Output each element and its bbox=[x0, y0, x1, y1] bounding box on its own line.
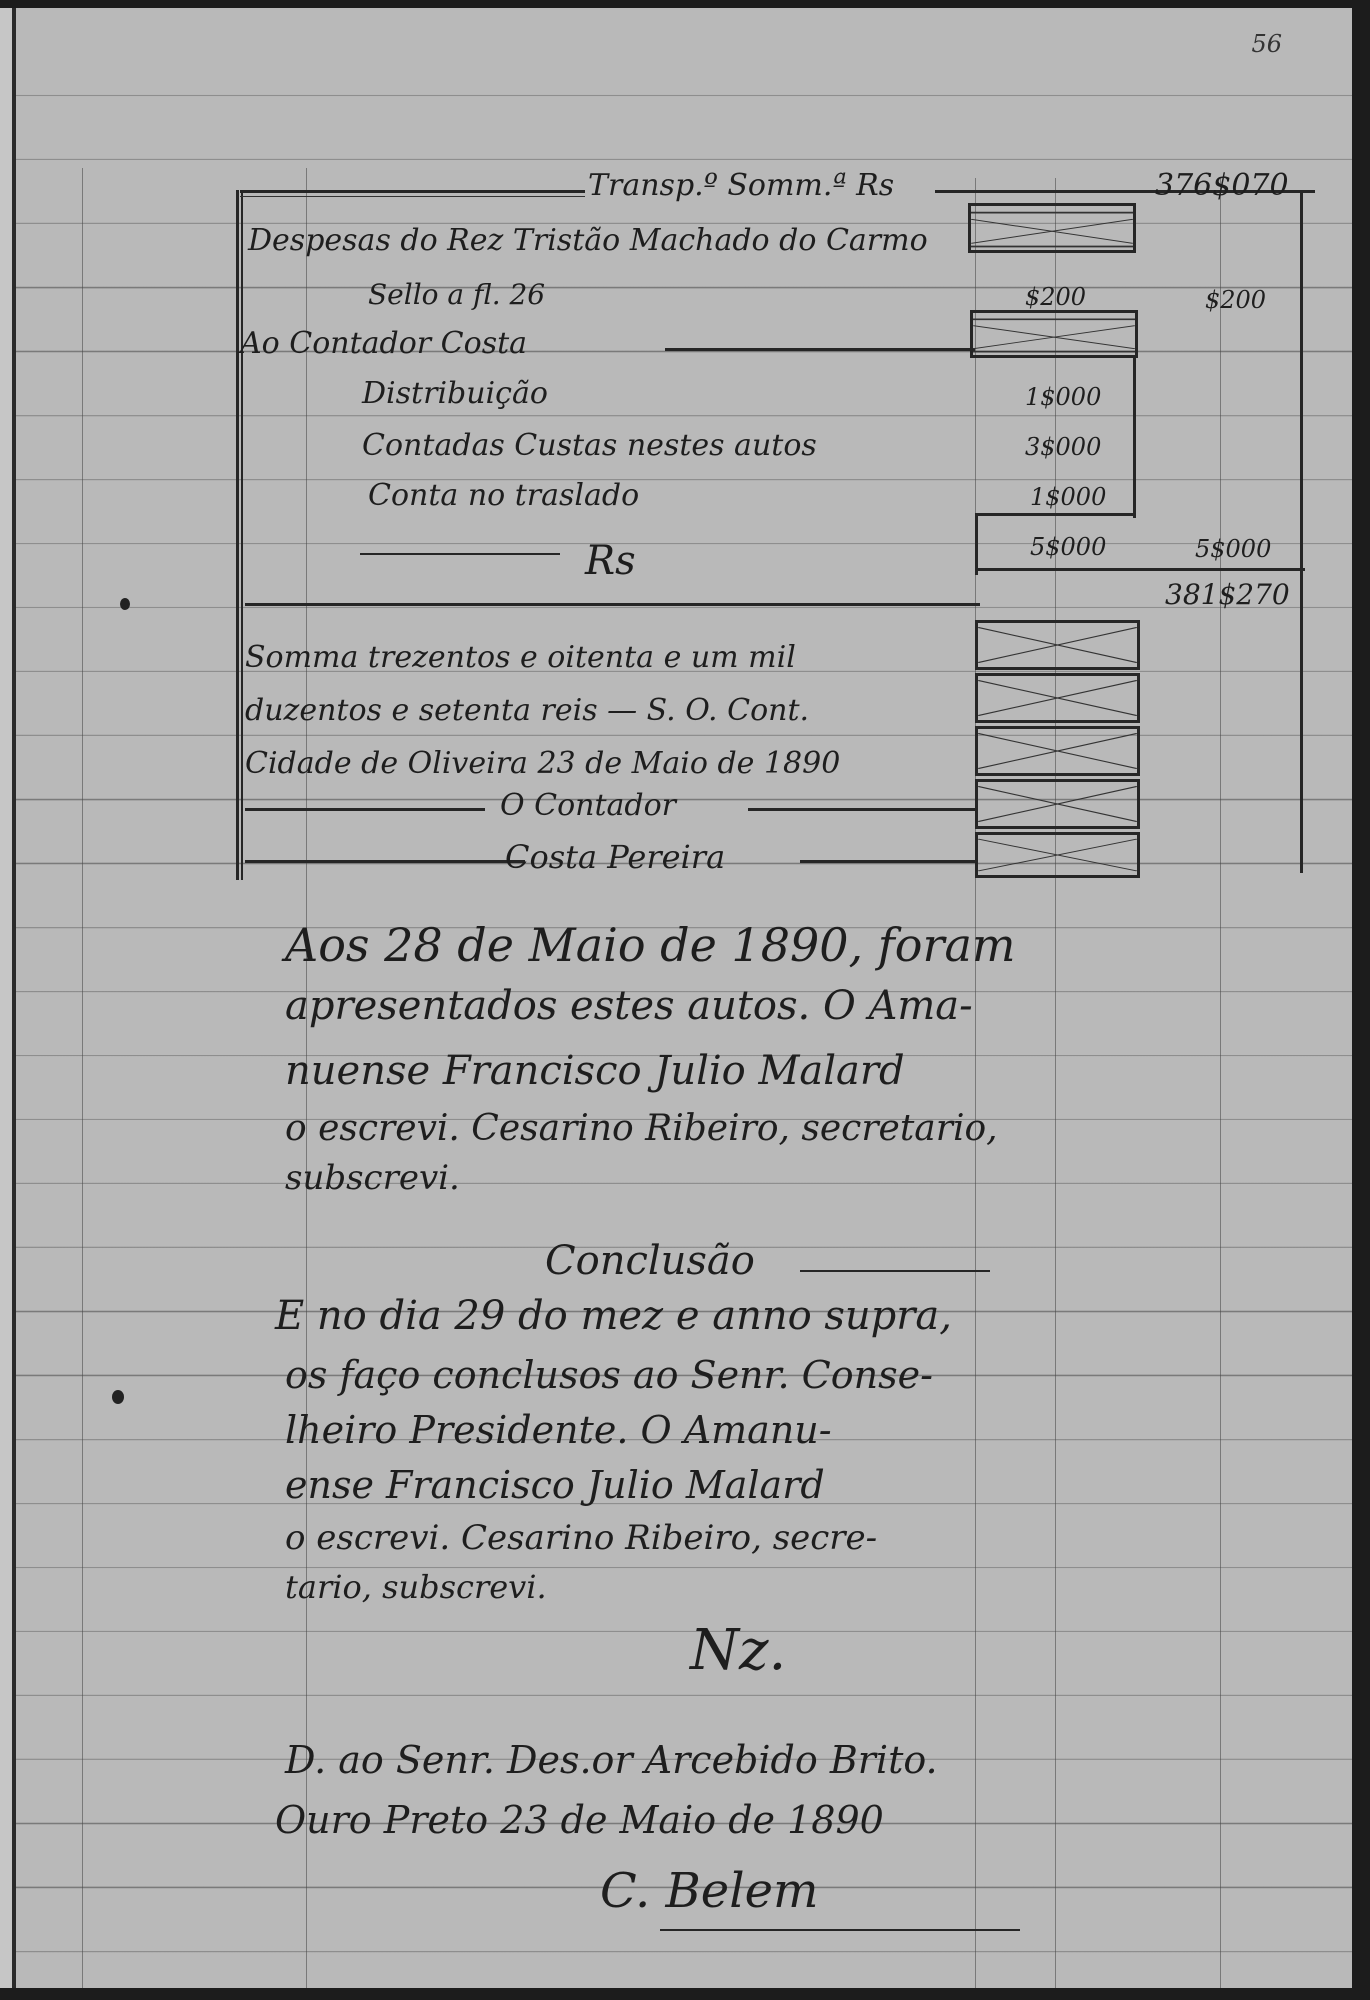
row-amount: 3$000 bbox=[1025, 433, 1101, 461]
initials-signature: Nz. bbox=[690, 1618, 786, 1683]
crossed-out-box bbox=[975, 726, 1140, 776]
sum-in-words: Somma trezentos e oitenta e um mil bbox=[245, 640, 796, 675]
signer-title: O Contador bbox=[500, 788, 676, 823]
row-amount: $200 bbox=[1025, 283, 1086, 311]
binding-strip bbox=[0, 8, 12, 1988]
fill-rule bbox=[665, 348, 975, 351]
row-amount: 1$000 bbox=[1025, 383, 1101, 411]
signature-rule bbox=[800, 860, 975, 863]
grand-total: 381$270 bbox=[1165, 578, 1290, 611]
carried-total: 376$070 bbox=[1155, 168, 1289, 203]
row-amount: 1$000 bbox=[1030, 483, 1106, 511]
table-left-border bbox=[236, 190, 239, 880]
text-line: Aos 28 de Maio de 1890, foram bbox=[285, 918, 1016, 972]
text-line: apresentados estes autos. O Ama- bbox=[285, 983, 973, 1029]
margin-rule bbox=[82, 168, 83, 1988]
table-right-border bbox=[1300, 193, 1303, 873]
section-rule bbox=[245, 603, 980, 606]
subtotal-col2: 5$000 bbox=[1195, 535, 1271, 563]
page-number: 56 bbox=[1251, 30, 1282, 58]
signature-underline bbox=[660, 1929, 1020, 1931]
total-rule bbox=[975, 568, 1305, 571]
dispatch-date: Ouro Preto 23 de Maio de 1890 bbox=[275, 1798, 884, 1842]
text-line: E no dia 29 do mez e anno supra, bbox=[275, 1293, 952, 1339]
text-line: nuense Francisco Julio Malard bbox=[285, 1048, 905, 1094]
ink-blot bbox=[120, 598, 130, 610]
column-rule bbox=[1220, 178, 1221, 1988]
text-line: o escrevi. Cesarino Ribeiro, secretario, bbox=[285, 1108, 998, 1149]
closing-signature: C. Belem bbox=[600, 1863, 818, 1919]
table-top-rule bbox=[240, 190, 585, 193]
signature-rule bbox=[245, 860, 525, 863]
ink-blot bbox=[112, 1390, 124, 1404]
subtotal-rule bbox=[975, 513, 978, 575]
crossed-out-box bbox=[968, 203, 1136, 253]
text-line: o escrevi. Cesarino Ribeiro, secre- bbox=[285, 1518, 877, 1558]
text-line: ense Francisco Julio Malard bbox=[285, 1463, 825, 1507]
row-label: Contadas Custas nestes autos bbox=[362, 428, 817, 463]
crossed-out-box bbox=[975, 620, 1140, 670]
column-box-rule bbox=[1133, 358, 1136, 518]
sum-in-words: duzentos e setenta reis — S. O. Cont. bbox=[245, 693, 809, 728]
heading-flourish bbox=[800, 1270, 990, 1272]
text-line: subscrevi. bbox=[285, 1158, 460, 1198]
text-line: tario, subscrevi. bbox=[285, 1568, 547, 1606]
crossed-out-box bbox=[970, 310, 1138, 358]
document-page: 56 Transp.º Somm.ª Rs 376$070 Despesas d… bbox=[0, 8, 1352, 1988]
subtotal-col1: 5$000 bbox=[1030, 533, 1106, 561]
crossed-out-box bbox=[975, 832, 1140, 878]
column-rule bbox=[975, 178, 976, 1988]
text-line: os faço conclusos ao Senr. Conse- bbox=[285, 1353, 933, 1397]
crossed-out-box bbox=[975, 779, 1140, 829]
flourish-rs: Rs bbox=[585, 538, 636, 584]
table-top-rule bbox=[240, 196, 585, 197]
crossed-out-box bbox=[975, 673, 1140, 723]
row-label: Conta no traslado bbox=[368, 478, 639, 513]
row-label: Ao Contador Costa bbox=[240, 326, 527, 361]
table-left-border bbox=[241, 193, 243, 880]
signer-name: Costa Pereira bbox=[505, 838, 725, 876]
binding-edge bbox=[12, 8, 16, 1988]
row-label: Sello a fl. 26 bbox=[368, 278, 545, 311]
dispatch-line: D. ao Senr. Des.or Arcebido Brito. bbox=[285, 1738, 938, 1782]
fill-rule bbox=[360, 553, 560, 555]
signature-rule bbox=[245, 808, 485, 811]
row-amount: $200 bbox=[1205, 286, 1266, 314]
place-date: Cidade de Oliveira 23 de Maio de 1890 bbox=[245, 746, 840, 781]
row-label: Distribuição bbox=[362, 376, 548, 411]
signature-rule bbox=[748, 808, 976, 811]
transport-header: Transp.º Somm.ª Rs bbox=[588, 168, 894, 203]
row-label: Despesas do Rez Tristão Machado do Carmo bbox=[248, 223, 928, 258]
conclusion-heading: Conclusão bbox=[545, 1238, 755, 1284]
subtotal-rule bbox=[975, 513, 1135, 516]
text-line: lheiro Presidente. O Amanu- bbox=[285, 1408, 832, 1452]
